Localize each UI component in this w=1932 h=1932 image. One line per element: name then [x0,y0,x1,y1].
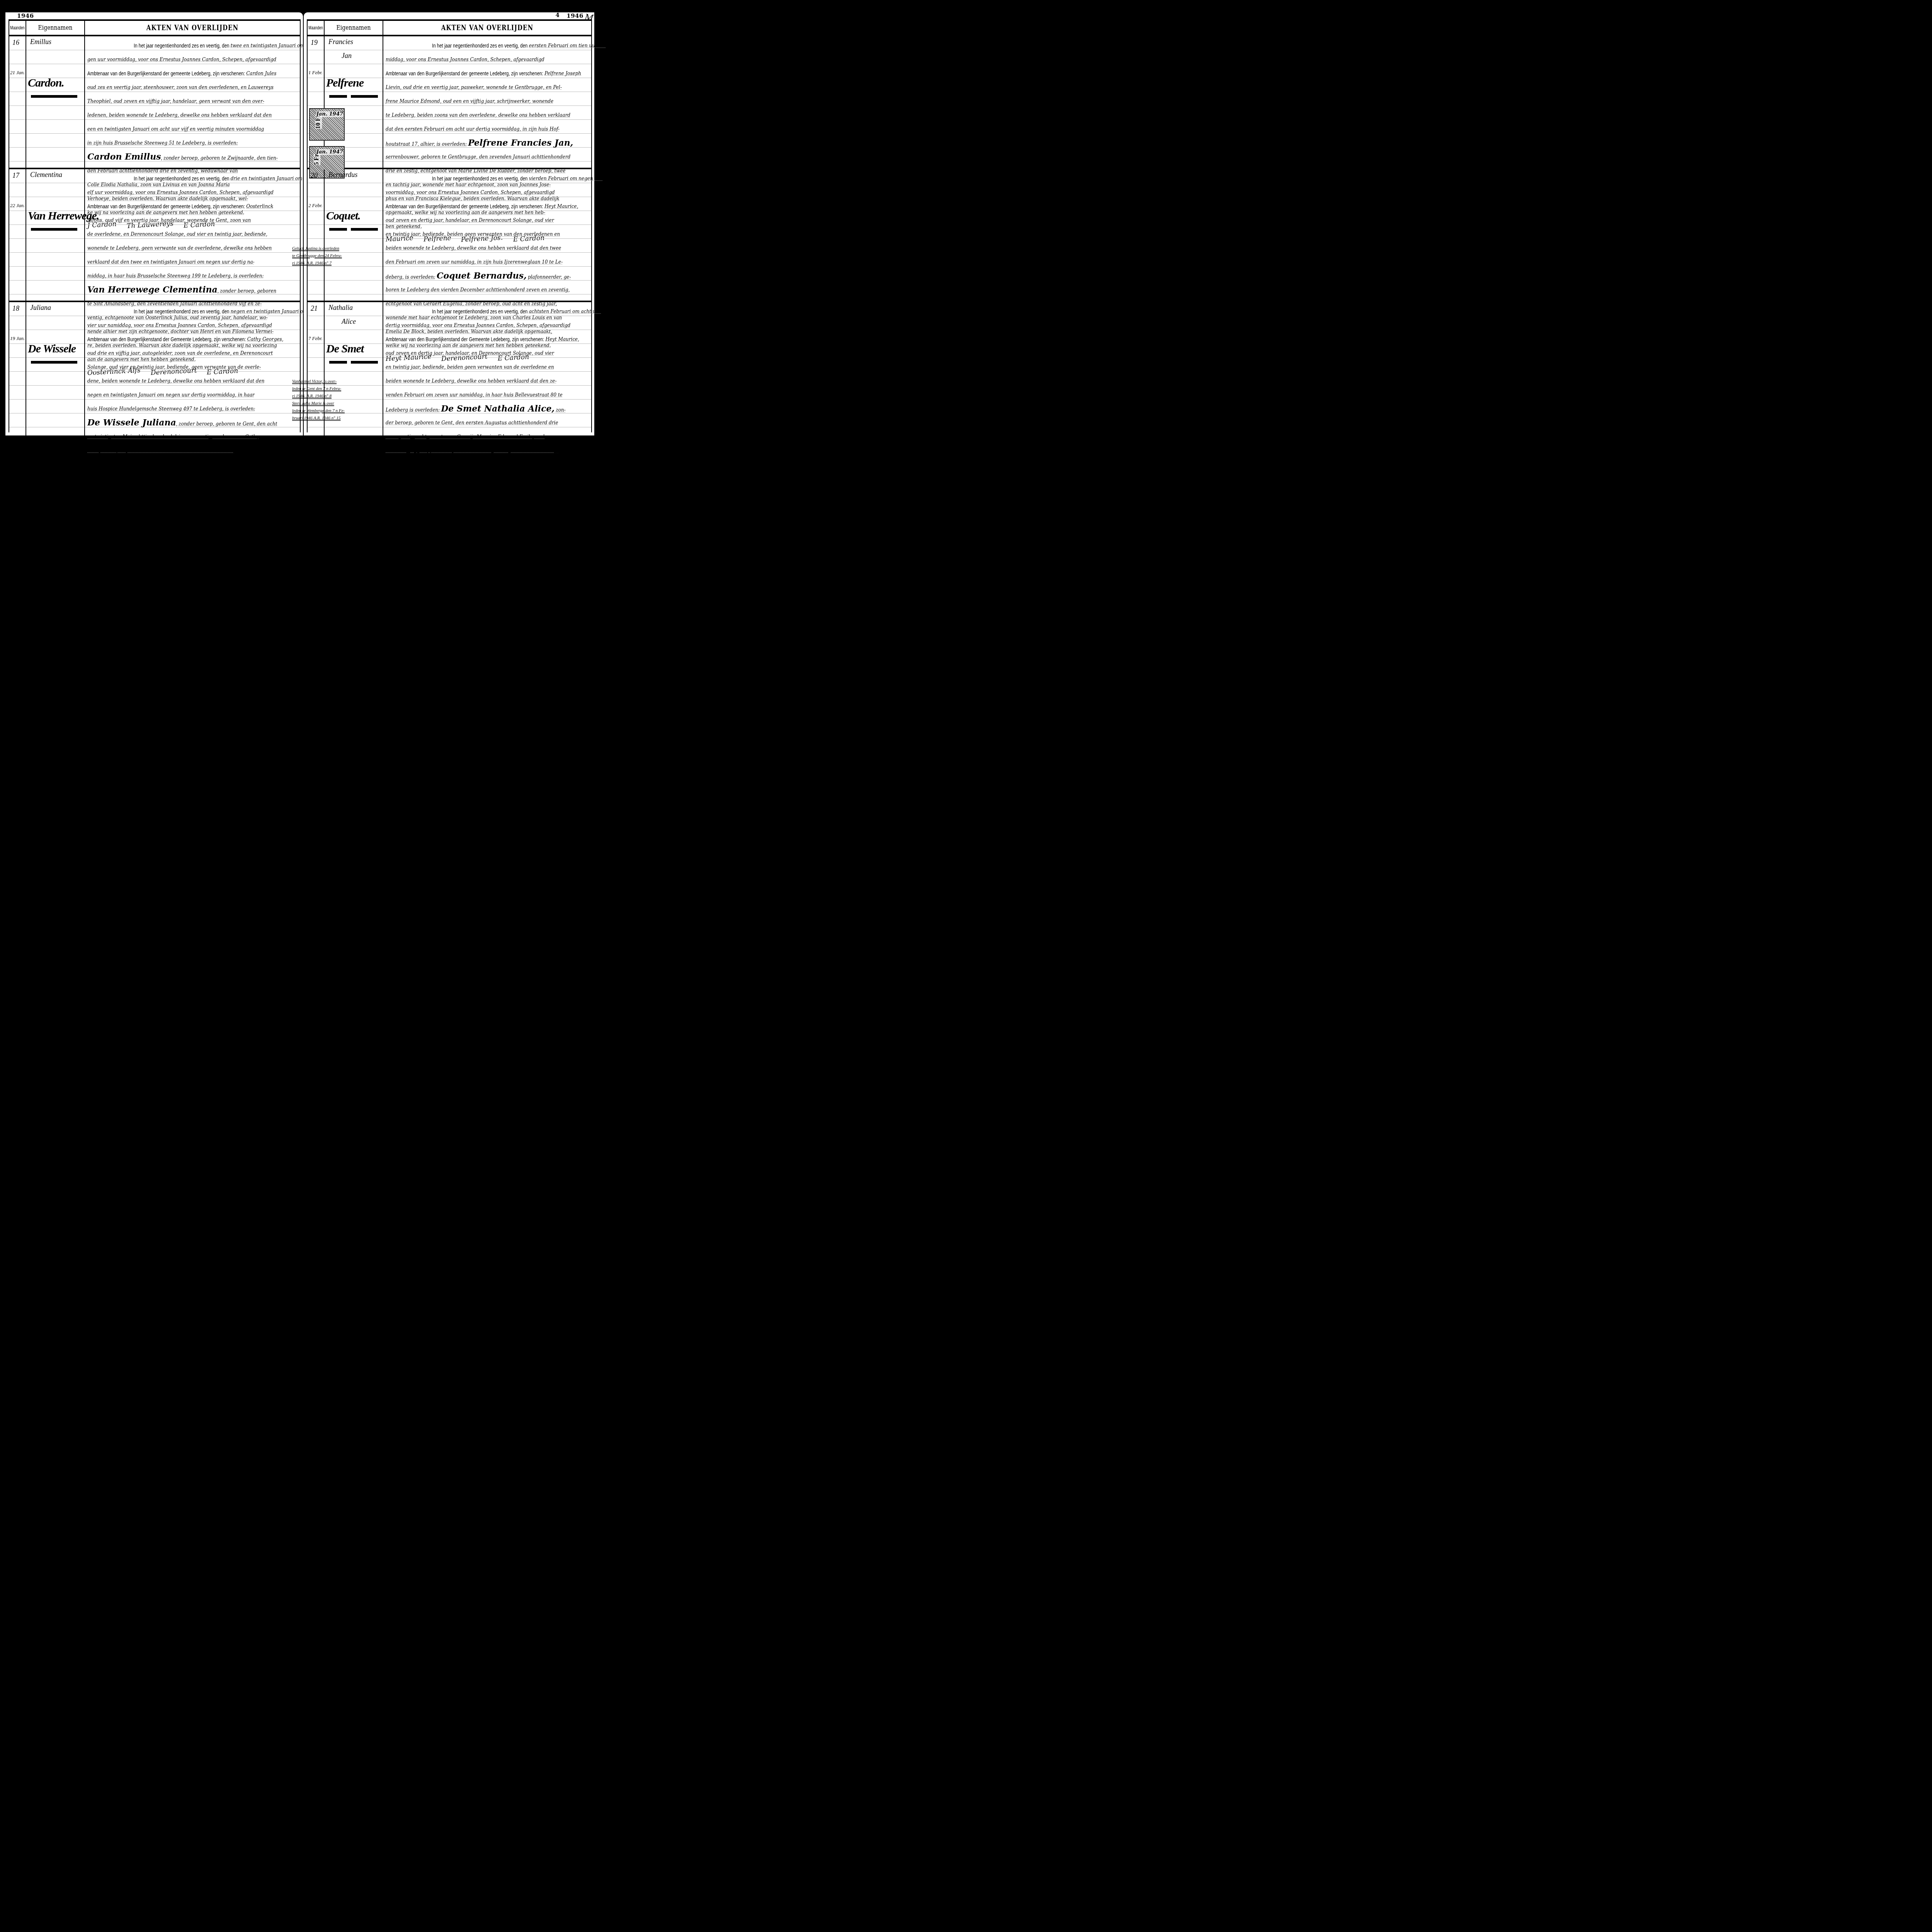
text-line: Ambtenaar van den Burgerlijkenstand der … [87,66,313,80]
handwritten-text: houtstraat 17, alhier, is overleden: [386,141,467,147]
text-line: en twintigsten Mei achttienhonderd drie … [87,430,308,444]
handwritten-text: zonder beroep, geboren te Gent, den acht [179,421,277,427]
death-record: 191 Febr.FranciesJanPelfrene10 FrJan. 19… [308,36,591,169]
handwritten-text: ledenen, beiden wonende te Ledeberg, dew… [87,112,272,118]
text-line: dertig voormiddag, voor ons Ernestus Joa… [386,318,601,332]
death-record: 1722 Jan.ClementinaVan Herrewege.In het … [9,169,300,302]
handwritten-text: frene Maurice Edmond, oud een en vijftig… [386,99,553,104]
surname-underline [351,361,378,364]
handwritten-text: zonder beroep, geboren te Zwijnaarde, de… [163,155,278,161]
header-names: Eigennamen [325,21,383,35]
handwritten-text: Lievin, oud drie en veertig jaar, paswek… [386,85,562,90]
text-line: In het jaar negentienhonderd zes en veer… [87,39,313,53]
surname: De Smet [326,342,364,355]
text-line: Lievin, oud drie en veertig jaar, paswek… [386,80,606,94]
text-line: Ambtenaar van den Burgerlijkenstand der … [87,199,303,213]
surname-underline [351,228,378,231]
record-text: In het jaar negentienhonderd zes en veer… [85,169,304,301]
text-line: verklaard dat den twee en twintigsten Ja… [87,255,303,269]
handwritten-text: Cardon Jules [246,71,276,76]
record-date: 21 Jan. [10,70,25,76]
printed-text: Ambtenaar van den Burgerlijkenstand der … [87,199,245,213]
printed-text: Ambtenaar van den Burgerlijkenstand der … [386,332,544,346]
text-line: in zijn huis Brusselsche Steenweg 51 te … [87,136,313,150]
text-line: Cardon Emillus, zonder beroep, geboren t… [87,150,313,164]
record-text: In het jaar negentienhonderd zes en veer… [383,36,606,168]
handwritten-text: dene, beiden wonende te Ledeberg, dewelk… [87,378,264,384]
handwritten-text: dertig voormiddag, voor ons Ernestus Joa… [386,323,570,328]
surname-underline [31,228,77,231]
stamp-value: 5 Fr [313,154,320,165]
record-date: 19 Jan. [10,335,25,342]
text-line: oud zes en veertig jaar, steenhouwer, zo… [87,80,313,94]
surname-underline [31,95,77,98]
handwritten-text: oud drie en vijftig jaar, autogeleider, … [87,350,273,356]
text-line: ledenen, beiden wonende te Ledeberg, dew… [87,108,313,122]
handwritten-text: Heyt Maurice, [546,337,579,342]
handwritten-text: huis Hospice Hundelgemsche Steenweg 497 … [87,406,255,412]
printed-text: In het jaar negentienhonderd zes en veer… [134,304,229,318]
register-table: Maanden Eigennamen AKTEN VAN OVERLIJDEN … [307,19,592,432]
text-line: beiden wonende te Ledeberg, dewelke ons … [386,374,601,388]
table-header: Maanden Eigennamen AKTEN VAN OVERLIJDEN [308,19,591,36]
handwritten-text: Cathy Georges, [247,337,284,342]
handwritten-text: in zijn huis Brusselsche Steenweg 51 te … [87,140,238,146]
handwritten-text: zon- [556,407,565,413]
text-line: deberg, is overleden: Coquet Bernardus, … [386,269,603,283]
surname: Pelfrene [326,77,364,90]
header-month: Maanden [9,21,26,35]
handwritten-text: zonder beroep, geboren [220,288,276,294]
text-line: middag, in haar huis Brusselsche Steenwe… [87,269,303,283]
handwritten-text: beiden wonende te Ledeberg, dewelke ons … [386,378,557,384]
death-record: 1819 Jan.JulianaDe WisseleIn het jaar ne… [9,302,300,437]
record-date: 2 Febr. [308,202,323,209]
handwritten-text: vier en vijftig jaar, pasweker, wonende … [386,448,559,453]
handwritten-text: de overledene, en Derenoncourt Solange, … [87,231,267,237]
text-line: boren te Ledeberg den vierden December a… [386,283,603,297]
handwritten-text: drie en twintigsten Januari om [231,176,303,181]
text-line: vier en vijftig jaar, pasweker, wonende … [386,444,601,456]
handwritten-text: Ledeberg is overleden: [386,407,440,413]
printed-text: Ambtenaar van den Burgerlijkenstand der … [386,66,543,80]
text-line: een en twintigsten Januari om acht uur v… [87,122,313,136]
deceased-name: Van Herrewege Clementina [87,285,218,295]
text-line: In het jaar negentienhonderd zes en veer… [87,172,303,185]
header-title: AKTEN VAN OVERLIJDEN [85,21,300,35]
handwritten-text: middag, voor ons Ernestus Joannes Cardon… [386,57,544,62]
record-text: In het jaar negentienhonderd zes en veer… [383,169,604,301]
handwritten-text: oud zes en veertig jaar, steenhouwer, zo… [87,85,274,90]
text-line: en twintig jaar, bediende, beiden geen v… [386,227,603,241]
text-line: serrenbouwer, geboren te Gentbrugge, den… [386,150,606,164]
text-line: Van Herrewege Clementina, zonder beroep,… [87,283,303,297]
text-line: Theophiel Cyriel, dochter van Paul Anton… [87,444,308,456]
deceased-name: Pelfrene Francies Jan, [468,138,573,148]
handwritten-text: Alfons, oud vijf en veertig jaar, handel… [87,218,251,223]
handwritten-text: vierden Februari om negen uur [529,176,603,181]
printed-text: In het jaar negentienhonderd zes en veer… [432,39,527,53]
handwritten-text: en twintig jaar, bediende, beiden geen v… [386,231,560,237]
handwritten-text: Theophiel, oud zeven en vijftig jaar, ha… [87,99,264,104]
surname-underline [329,95,347,98]
given-name: Francies [328,38,353,46]
given-name: Bernardus [328,171,357,179]
handwritten-text: oud zeven en dertig jaar, handelaar, en … [386,218,554,223]
record-text: In het jaar negentienhonderd zes en veer… [85,302,309,437]
text-line: In het jaar negentienhonderd zes en veer… [386,304,601,318]
surname-underline [329,228,347,231]
record-number: 18 [12,304,19,313]
handwritten-text: Solange, oud vier en twintig jaar, bedie… [87,364,261,370]
name-cell: EmillusCardon. [26,36,85,168]
right-page: 4 1946 M Maanden Eigennamen AKTEN VAN OV… [304,12,594,435]
handwritten-text: voormiddag, voor ons Ernestus Joannes Ca… [386,190,555,195]
name-cell: NathaliaAliceDe Smet [325,302,383,437]
text-line: middag, voor ons Ernestus Joannes Cardon… [386,53,606,66]
left-page: 1946 Maanden Eigennamen AKTEN VAN OVERLI… [5,12,303,435]
handwritten-text: te Ledeberg, beiden zoons van den overle… [386,112,570,118]
surname: De Wissele [28,342,76,355]
handwritten-text: der beroep, geboren te Gent, den eersten… [386,420,558,425]
text-line: Solange, oud vier en twintig jaar, bedie… [87,360,308,374]
handwritten-text: verklaard dat den twee en twintigsten Ja… [87,259,255,265]
handwritten-text: gen uur voormiddag, voor ons Ernestus Jo… [87,57,276,62]
text-line: vier uur namiddag, voor ons Ernestus Joa… [87,318,308,332]
register-table: Maanden Eigennamen AKTEN VAN OVERLIJDEN … [9,19,301,432]
name-cell: ClementinaVan Herrewege. [26,169,85,301]
handwritten-text: plafonneerder, ge- [528,274,571,280]
handwritten-text: Pelfrene Joseph [544,71,581,76]
text-line: frene Maurice Edmond, oud een en vijftig… [386,94,606,108]
deceased-name: Coquet Bernardus, [437,271,527,281]
handwritten-text: en negentig, echtgenoote van Germijs Mau… [386,434,544,439]
text-line: huis Hospice Hundelgemsche Steenweg 497 … [87,402,308,416]
given-name: Clementina [30,171,62,179]
surname-underline [31,361,77,364]
header-month: Maanden [308,21,325,35]
record-number: 19 [311,39,318,47]
text-line: te Ledeberg, beiden zoons van den overle… [386,108,606,122]
printed-text: Ambtenaar van den Burgerlijkenstand der … [87,332,246,346]
record-date: 22 Jan. [10,202,25,209]
text-line: voormiddag, voor ons Ernestus Joannes Ca… [386,185,603,199]
given-name: Juliana [30,304,51,312]
text-line: de overledene, en Derenoncourt Solange, … [87,227,303,241]
printed-text: In het jaar negentienhonderd zes en veer… [432,172,527,185]
printed-text: Ambtenaar van den Burgerlijkenstand der … [386,199,543,213]
text-line: venden Februari om zeven uur namiddag, i… [386,388,601,402]
handwritten-text: middag, in haar huis Brusselsche Steenwe… [87,273,264,279]
handwritten-text: twee en twintigsten Januari om ne- [231,43,313,48]
surname: Cardon. [28,77,64,90]
text-line: dat den eersten Februari om acht uur der… [386,122,606,136]
death-record: 202 Febr.Geluck Justina is overledente G… [308,169,591,302]
text-line: oud zeven en dertig jaar, handelaar, en … [386,213,603,227]
text-line: oud drie en vijftig jaar, autogeleider, … [87,346,308,360]
deceased-name: De Smet Nathalia Alice, [441,404,554,414]
handwritten-text: serrenbouwer, geboren te Gentbrugge, den… [386,154,570,160]
name-cell: BernardusCoquet. [325,169,383,301]
name-cell: JulianaDe Wissele [26,302,85,437]
record-text: In het jaar negentienhonderd zes en veer… [383,302,602,437]
given-name: Nathalia [328,304,353,312]
text-line: negen en twintigsten Januari om negen uu… [87,388,308,402]
given-name-2: Alice [342,318,356,326]
handwritten-text: wonende te Ledeberg, geen verwante van d… [87,245,272,251]
text-line: en twintig jaar, bediende, beiden geen v… [386,360,601,374]
stamp-cancellation: Jan. 1947 [316,111,343,117]
record-number: 20 [311,172,318,180]
handwritten-text: den Februari om zeven uur namiddag, in z… [386,259,563,265]
stamp-cancellation: Jan. 1947 [316,149,343,155]
record-date: 7 Febr. [308,335,323,342]
surname-underline [329,361,347,364]
handwritten-text: dat den eersten Februari om acht uur der… [386,126,560,132]
handwritten-text: elf uur voormiddag, voor ons Ernestus Jo… [87,190,274,195]
handwritten-text: en twintigsten Mei achttienhonderd drie … [87,434,259,439]
month-cell: 217 Febr.Vanhaemel Victor, is over-leden… [308,302,325,437]
month-cell: 202 Febr.Geluck Justina is overledente G… [308,169,325,301]
deceased-name: Cardon Emillus [87,152,161,162]
handwritten-text: beiden wonende te Ledeberg, dewelke ons … [386,245,561,251]
text-line: Ambtenaar van den Burgerlijkenstand der … [87,332,308,346]
given-name-2: Jan [342,52,352,60]
text-line: In het jaar negentienhonderd zes en veer… [386,172,603,185]
text-line: wonende te Ledeberg, geen verwante van d… [87,241,303,255]
record-number: 21 [311,304,318,313]
month-cell: 1621 Jan. [9,36,26,168]
handwritten-text: negen en twintigsten Januari om [231,309,308,314]
handwritten-text: venden Februari om zeven uur namiddag, i… [386,392,563,398]
text-line: houtstraat 17, alhier, is overleden: Pel… [386,136,606,150]
handwritten-text: eersten Februari om tien uur voor- [529,43,606,48]
handwritten-text: boren te Ledeberg den vierden December a… [386,287,570,293]
handwritten-text: Heyt Maurice, [544,204,578,209]
text-line: Theophiel, oud zeven en vijftig jaar, ha… [87,94,313,108]
given-name: Emillus [30,38,51,46]
printed-text: In het jaar negentienhonderd zes en veer… [134,39,229,53]
text-line: Ambtenaar van den Burgerlijkenstand der … [386,66,606,80]
text-line: In het jaar negentienhonderd zes en veer… [386,39,606,53]
text-line: Ambtenaar van den Burgerlijkenstand der … [386,332,601,346]
fiscal-stamp: 10 FrJan. 1947 [309,108,345,141]
text-line: der beroep, geboren te Gent, den eersten… [386,416,601,430]
record-number: 16 [12,39,19,47]
page-number: 4 [556,12,560,19]
text-line: beiden wonende te Ledeberg, dewelke ons … [386,241,603,255]
handwritten-text: negen en twintigsten Januari om negen uu… [87,392,255,398]
text-line: dene, beiden wonende te Ledeberg, dewelk… [87,374,308,388]
text-line: In het jaar negentienhonderd zes en veer… [87,304,308,318]
record-date: 1 Febr. [308,70,323,76]
month-cell: 1722 Jan. [9,169,26,301]
handwritten-text: deberg, is overleden: [386,274,435,280]
handwritten-text: oud zeven en dertig jaar, handelaar, en … [386,350,554,356]
header-names: Eigennamen [26,21,85,35]
handwritten-text: achtsten Februari om acht uur [529,309,601,314]
death-record: 217 Febr.Vanhaemel Victor, is over-leden… [308,302,591,437]
printed-text: Ambtenaar van den Burgerlijkenstand der … [87,66,245,80]
text-line: elf uur voormiddag, voor ons Ernestus Jo… [87,185,303,199]
page-year: 1946 [566,12,583,19]
surname-underline [351,95,378,98]
text-line: De Wissele Juliana, zonder beroep, gebor… [87,416,308,430]
printed-text: In het jaar negentienhonderd zes en veer… [134,172,229,185]
table-header: Maanden Eigennamen AKTEN VAN OVERLIJDEN [9,19,300,36]
text-line: Ambtenaar van den Burgerlijkenstand der … [386,199,603,213]
handwritten-text: Oosterlinck [246,204,273,209]
handwritten-text: een en twintigsten Januari om acht uur v… [87,126,264,132]
text-line: en negentig, echtgenoote van Germijs Mau… [386,430,601,444]
page-year: 1946 [17,12,34,19]
record-text: In het jaar negentienhonderd zes en veer… [85,36,315,168]
handwritten-text: Theophiel Cyriel, dochter van Paul Anton… [87,448,235,453]
month-cell: 1819 Jan. [9,302,26,437]
text-line: Ledeberg is overleden: De Smet Nathalia … [386,402,601,416]
deceased-name: De Wissele Juliana [87,418,176,428]
name-cell: FranciesJanPelfrene10 FrJan. 19475 FrJan… [325,36,383,168]
handwritten-text: en twintig jaar, bediende, beiden geen v… [386,364,554,370]
printed-text: In het jaar negentienhonderd zes en veer… [432,304,527,318]
text-line: gen uur voormiddag, voor ons Ernestus Jo… [87,53,313,66]
surname: Coquet. [326,209,361,223]
text-line: Alfons, oud vijf en veertig jaar, handel… [87,213,303,227]
header-title: AKTEN VAN OVERLIJDEN [383,21,591,35]
text-line: den Februari om zeven uur namiddag, in z… [386,255,603,269]
record-number: 17 [12,172,19,180]
handwritten-text: vier uur namiddag, voor ons Ernestus Joa… [87,323,272,328]
text-line: oud zeven en dertig jaar, handelaar, en … [386,346,601,360]
death-record: 1621 Jan.EmillusCardon.In het jaar negen… [9,36,300,169]
